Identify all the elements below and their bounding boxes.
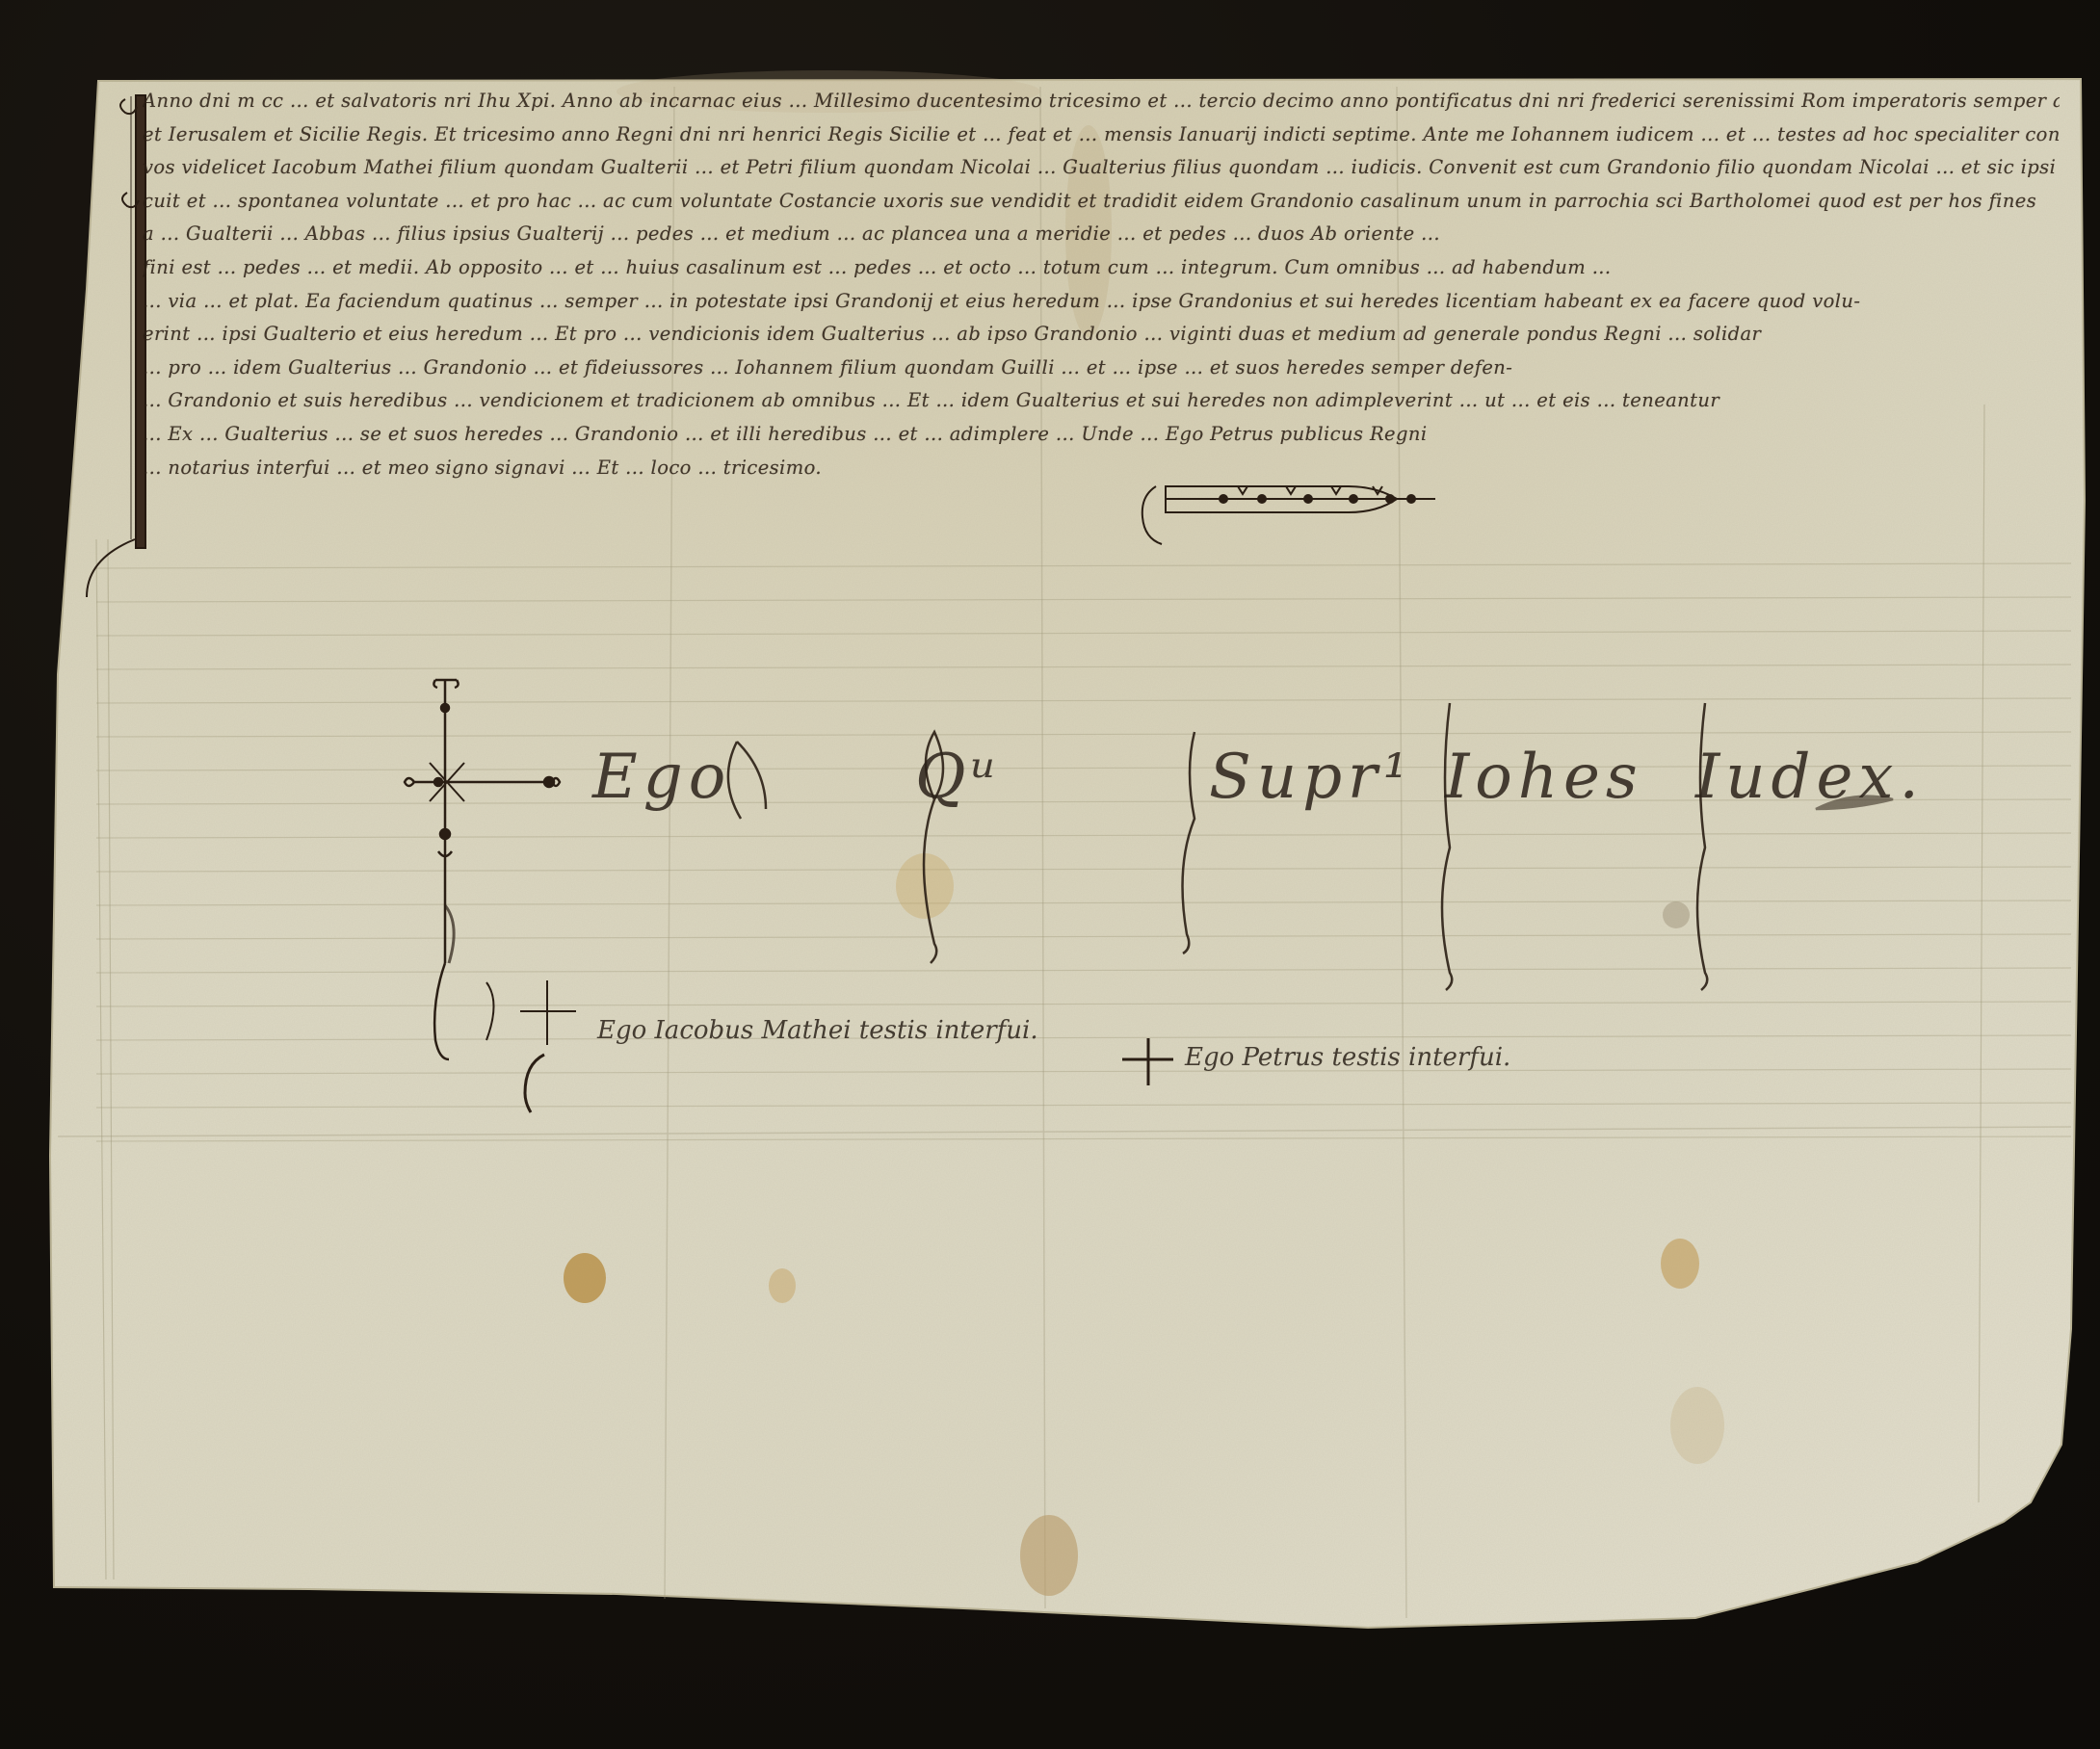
text-line: fini est ... pedes ... et medii. Ab oppo… — [143, 251, 2060, 285]
text-line: ... via ... et plat. Ea faciendum quatin… — [143, 285, 2060, 319]
text-line: ... Ex ... Gualterius ... se et suos her… — [143, 418, 2060, 452]
subscription-supr: Supr¹ — [1209, 742, 1413, 813]
text-line: erint ... ipsi Gualterio et eius heredum… — [143, 318, 2060, 352]
subscription-ego: Ego — [592, 742, 731, 813]
subscription-qui: Qᵘ — [915, 742, 1002, 813]
text-line: ... notarius interfui ... et meo signo s… — [143, 452, 1125, 485]
witness-jacobus: Ego Iacobus Mathei testis interfui. — [597, 1016, 1038, 1045]
text-line: ... Grandonio et suis heredibus ... vend… — [143, 384, 2060, 418]
text-line: et Ierusalem et Sicilie Regis. Et trices… — [143, 118, 2060, 152]
parchment-charter: Anno dni m cc ... et salvatoris nri Ihu … — [0, 0, 2100, 1749]
text-line: ... pro ... idem Gualterius ... Grandoni… — [143, 352, 2060, 385]
text-line: Anno dni m cc ... et salvatoris nri Ihu … — [143, 85, 2060, 118]
charter-text: Anno dni m cc ... et salvatoris nri Ihu … — [143, 85, 2060, 484]
text-line: vos videlicet Iacobum Mathei filium quon… — [143, 151, 2060, 185]
subscription-iudex: Iudex. — [1695, 742, 1925, 813]
text-line: cuit et ... spontanea voluntate ... et p… — [143, 185, 2060, 219]
witness-petrus: Ego Petrus testis interfui. — [1185, 1043, 1510, 1072]
subscription-iohes: Iohes — [1445, 742, 1643, 813]
text-line: a ... Gualterii ... Abbas ... filius ips… — [143, 218, 2060, 251]
